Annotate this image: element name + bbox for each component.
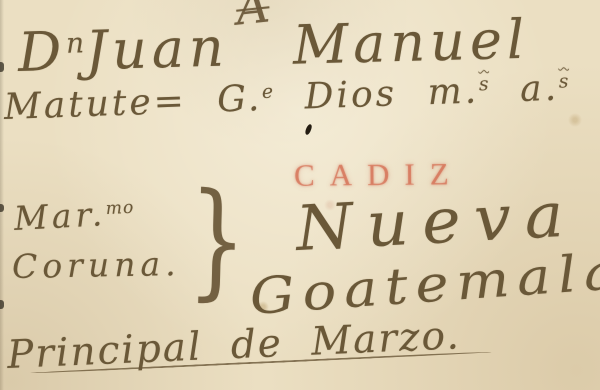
dios-text: Dios [304,73,398,117]
guarde-superscript: e [262,82,275,103]
postal-cover-scan: A DnJuan Manuel Matute= G.e Dios m.s a.s… [0,0,600,390]
scan-edge-mark [0,204,4,212]
maritime-abbreviation: Mar. [13,194,107,238]
scan-edge-mark [0,62,4,72]
scan-edge-mark [0,300,4,309]
docket-line: Principal de Marzo. [6,316,461,375]
routing-brace: } [187,176,248,305]
routing-coruna-line: Coruna. [12,247,181,283]
anos-abbreviation: a. [519,68,559,110]
anos-superscript: s [558,72,569,93]
muchos-abbreviation: m. [427,70,480,113]
recipient-name-line1: DnJuan Manuel [17,13,529,80]
maritime-superscript: mo [105,198,135,219]
don-superscript: n [66,26,86,59]
ink-blot [304,123,312,135]
surname-text: Matute= [3,81,187,128]
guarde-abbreviation: G. [217,78,263,121]
don-abbreviation: D [17,20,67,84]
muchos-superscript: s [479,74,490,95]
routing-maritime-line: Mar.mo [13,196,135,235]
